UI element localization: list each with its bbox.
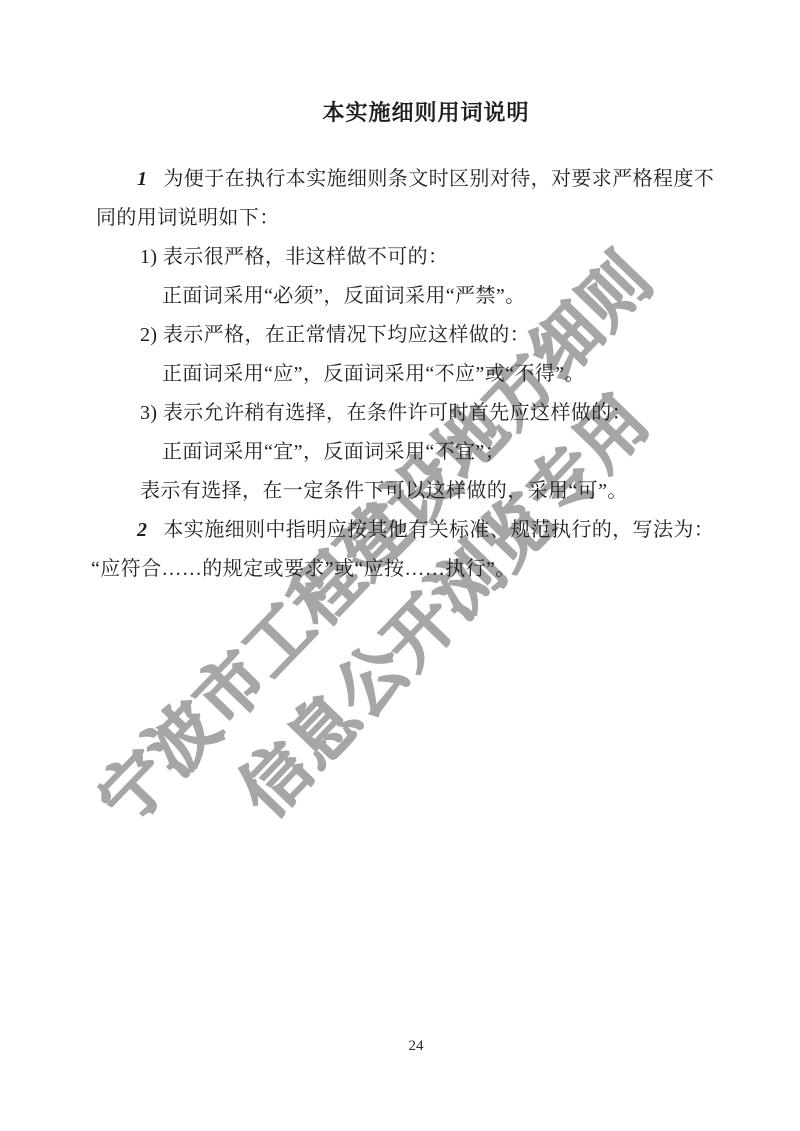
item1-definition: 正面词采用“必须”，反面词采用“严禁”。 (162, 277, 740, 316)
page-title: 本实施细则用词说明 (0, 96, 800, 127)
item2-definition: 正面词采用“应”，反面词采用“不应”或“不得”。 (162, 355, 740, 394)
item1-label: 1) 表示很严格，非这样做不可的： (140, 238, 740, 277)
body-text: 1为便于在执行本实施细则条文时区别对待，对要求严格程度不 同的用词说明如下： 1… (96, 160, 740, 589)
para2-line1: 2本实施细则中指明应按其他有关标准、规范执行的，写法为： (137, 511, 740, 550)
item2-label: 2) 表示严格，在正常情况下均应这样做的： (140, 316, 740, 355)
para2-number: 2 (137, 519, 147, 541)
item3-note: 表示有选择，在一定条件下可以这样做的，采用“可”。 (140, 472, 740, 511)
para2-line1-text: 本实施细则中指明应按其他有关标准、规范执行的，写法为： (163, 519, 714, 541)
para1-line1-text: 为便于在执行本实施细则条文时区别对待，对要求严格程度不 (163, 168, 714, 190)
para1-line1: 1为便于在执行本实施细则条文时区别对待，对要求严格程度不 (137, 160, 740, 199)
item3-label: 3) 表示允许稍有选择，在条件许可时首先应这样做的： (140, 394, 740, 433)
para1-line2: 同的用词说明如下： (96, 199, 740, 238)
page-number: 24 (0, 1038, 800, 1055)
para1-number: 1 (137, 168, 147, 190)
document-page: 宁波市工程建设地方细则 信息公开浏览专用 本实施细则用词说明 1为便于在执行本实… (0, 0, 800, 1131)
para2-line2: “应符合……的规定或要求”或“应按……执行”。 (91, 550, 740, 589)
item3-definition: 正面词采用“宜”，反面词采用“不宜”； (162, 433, 740, 472)
